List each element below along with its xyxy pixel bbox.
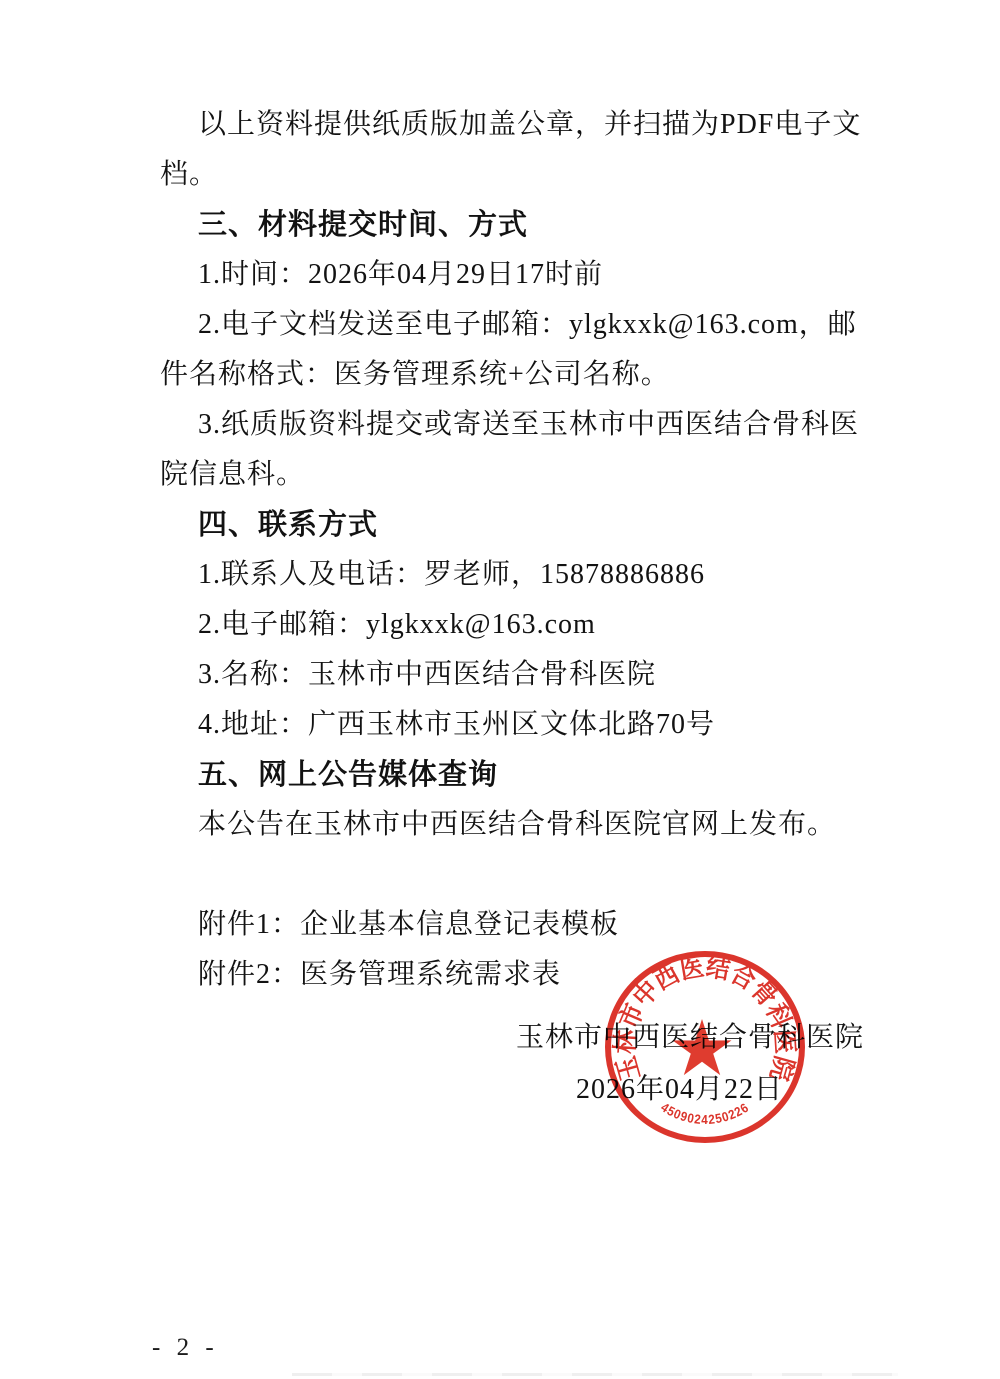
section4-heading: 四、联系方式	[160, 500, 860, 550]
signature-org: 玉林市中西医结合骨科医院	[160, 1012, 860, 1064]
signature-date: 2026年04月22日	[160, 1064, 860, 1116]
section4-item4: 4.地址：广西玉林市玉州区文体北路70号	[160, 700, 860, 750]
scan-artifact-line	[292, 1373, 898, 1376]
section5-heading: 五、网上公告媒体查询	[160, 750, 860, 800]
intro-line-1: 以上资料提供纸质版加盖公章，并扫描为PDF电子文	[160, 100, 860, 150]
document-page: 以上资料提供纸质版加盖公章，并扫描为PDF电子文 档。 三、材料提交时间、方式 …	[0, 0, 1000, 1379]
section3-heading: 三、材料提交时间、方式	[160, 200, 860, 250]
section4-item1: 1.联系人及电话：罗老师，15878886886	[160, 550, 860, 600]
intro-line-2: 档。	[160, 150, 860, 200]
section3-item3-line2: 院信息科。	[160, 450, 860, 500]
attachment-1: 附件1：企业基本信息登记表模板	[160, 900, 860, 950]
blank-line	[160, 850, 860, 900]
section3-item2-line2: 件名称格式：医务管理系统+公司名称。	[160, 350, 860, 400]
section4-item2: 2.电子邮箱：ylgkxxk@163.com	[160, 600, 860, 650]
document-body: 以上资料提供纸质版加盖公章，并扫描为PDF电子文 档。 三、材料提交时间、方式 …	[160, 100, 860, 1116]
section3-item1: 1.时间：2026年04月29日17时前	[160, 250, 860, 300]
section3-item2-line1: 2.电子文档发送至电子邮箱：ylgkxxk@163.com，邮	[160, 300, 860, 350]
attachment-2: 附件2：医务管理系统需求表	[160, 950, 860, 1000]
section5-body: 本公告在玉林市中西医结合骨科医院官网上发布。	[160, 800, 860, 850]
section4-item3: 3.名称：玉林市中西医结合骨科医院	[160, 650, 860, 700]
page-number: - 2 -	[152, 1334, 219, 1362]
section3-item3-line1: 3.纸质版资料提交或寄送至玉林市中西医结合骨科医	[160, 400, 860, 450]
